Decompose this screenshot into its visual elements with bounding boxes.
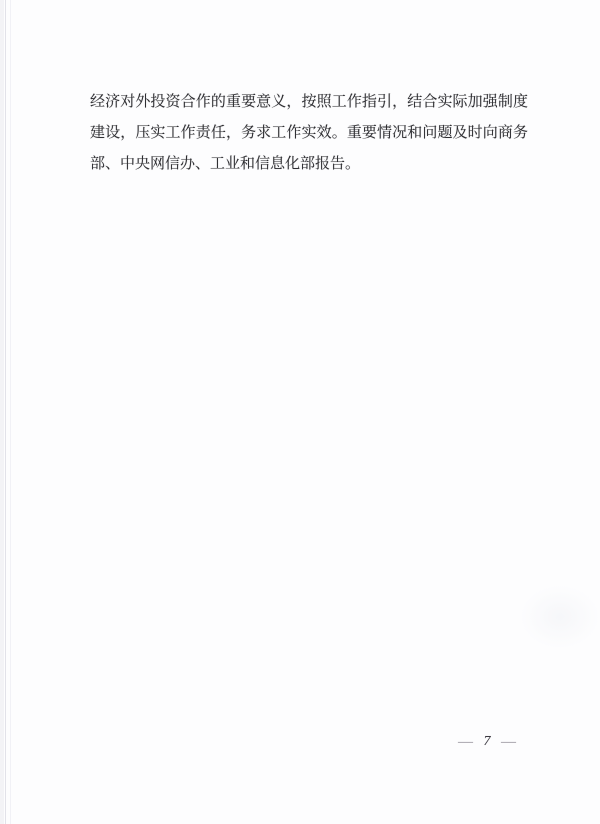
page-number: — 7 — [458, 732, 516, 752]
page-number-dash-left: — [458, 732, 473, 752]
paragraph-line-3: 部、中央网信办、工业和信息化部报告。 [90, 149, 528, 180]
scan-smudge-artifact [520, 585, 600, 649]
scan-edge-line2-artifact [10, 0, 11, 824]
paragraph-line-1: 经济对外投资合作的重要意义，按照工作指引，结合实际加强制度 [90, 87, 528, 118]
body-paragraph: 经济对外投资合作的重要意义，按照工作指引，结合实际加强制度 建设，压实工作责任，… [90, 87, 528, 180]
scan-edge-line-artifact [5, 0, 6, 824]
scan-edge-strip-artifact [0, 0, 4, 824]
page-number-value: 7 [484, 732, 491, 752]
paragraph-line-2: 建设，压实工作责任，务求工作实效。重要情况和问题及时向商务 [90, 118, 528, 149]
page-number-dash-right: — [501, 732, 516, 752]
document-page: 经济对外投资合作的重要意义，按照工作指引，结合实际加强制度 建设，压实工作责任，… [0, 0, 600, 824]
